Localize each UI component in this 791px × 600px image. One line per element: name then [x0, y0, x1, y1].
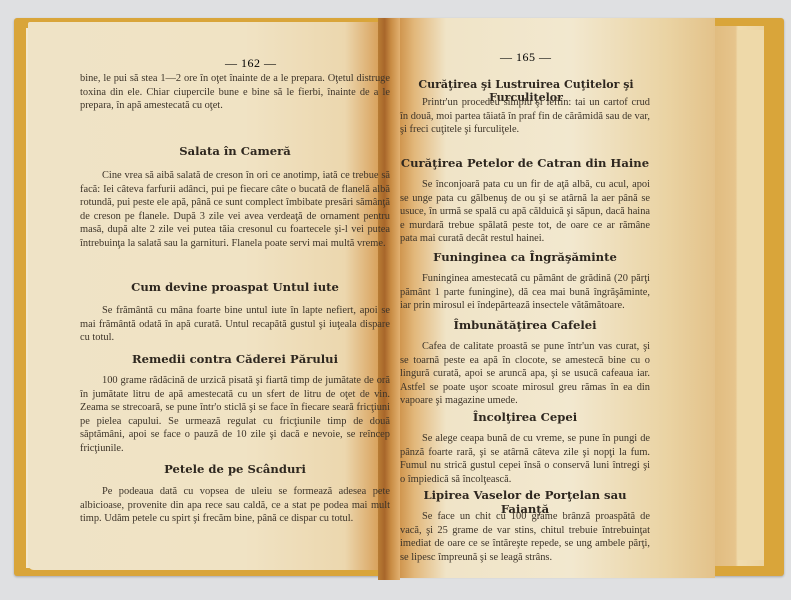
page-edges-inner — [738, 30, 764, 560]
left-continuation-paragraph: bine, le pui să stea 1—2 ore în oţet îna… — [80, 72, 390, 113]
section-body-scanduri: Pe podeaua dată cu vopsea de uleiu se fo… — [80, 485, 390, 526]
section-title-scanduri: Petele de pe Scânduri — [80, 462, 390, 476]
section-title-par: Remedii contra Căderei Părului — [80, 352, 390, 366]
section-title-salata: Salata în Cameră — [80, 144, 390, 158]
section-body-unt: Se frământă cu mâna foarte bine untul iu… — [80, 304, 390, 345]
section-title-ceapa: Încolţirea Cepei — [400, 410, 650, 424]
section-body-ceapa: Se alege ceapa bună de cu vreme, se pune… — [400, 432, 650, 486]
section-body-catran: Se înconjoară pata cu un fir de aţă albă… — [400, 178, 650, 246]
left-page-number: — 162 — — [225, 56, 277, 71]
section-body-cafea: Cafea de calitate proastă se pune într'u… — [400, 340, 650, 408]
section-title-cafea: Îmbunătăţirea Cafelei — [400, 318, 650, 332]
section-title-funingine: Funinginea ca Îngrăşăminte — [400, 250, 650, 264]
section-body-cutite: Printr'un procedeu simplu şi ieftin: tai… — [400, 96, 650, 137]
section-title-catran: Curăţirea Petelor de Catran din Haine — [400, 156, 650, 170]
section-title-unt: Cum devine proaspat Untul iute — [80, 280, 390, 294]
section-body-par: 100 grame rădăcină de urzică pisată şi f… — [80, 374, 390, 456]
section-body-portelan: Se face un chit cu 100 grame brânză proa… — [400, 510, 650, 564]
section-body-funingine: Funinginea amestecată cu pământ de grădi… — [400, 272, 650, 313]
right-page-number: — 165 — — [500, 50, 552, 65]
section-body-salata: Cine vrea să aibă salată de creson în or… — [80, 169, 390, 251]
